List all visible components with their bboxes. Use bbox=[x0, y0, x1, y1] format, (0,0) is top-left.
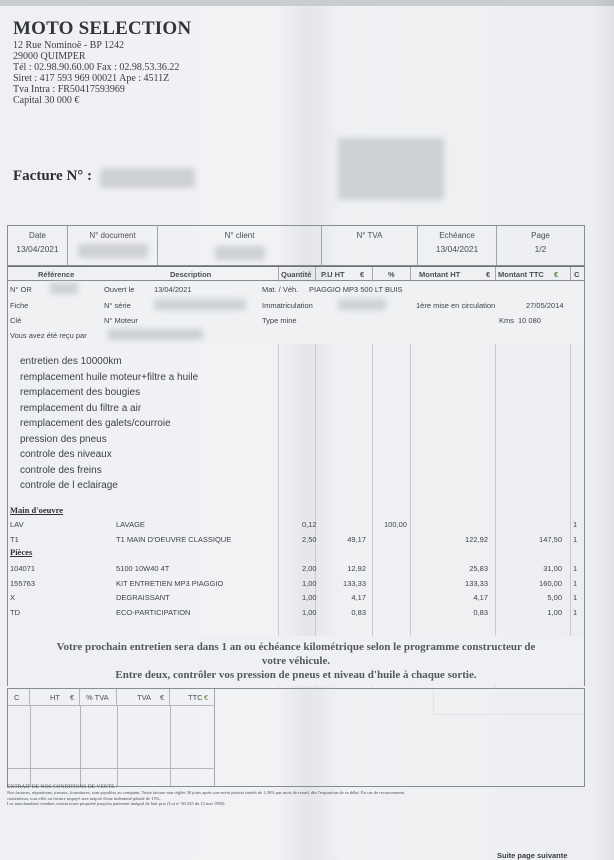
company-address-1: 12 Rue Nominoë - BP 1242 bbox=[13, 40, 191, 51]
serial-label: N° série bbox=[104, 301, 131, 310]
line-item-row: T1 T1 MAIN D'OEUVRE CLASSIQUE 2,50 49,17… bbox=[8, 535, 584, 545]
line-item-row: TD ECO-PARTICIPATION 1,00 0,83 0,83 1,00… bbox=[8, 608, 584, 618]
vat-breakdown-table: C HT € % TVA TVA € TTC € bbox=[8, 689, 215, 786]
client-number-redacted bbox=[215, 246, 265, 260]
company-phone-fax: Tél : 02.98.90.60.00 Fax : 02.98.53.36.2… bbox=[13, 62, 191, 73]
received-by-redacted bbox=[108, 329, 203, 340]
company-tva-intra: Tva Intra : FR50417593969 bbox=[13, 84, 191, 95]
repair-order-info: N° OR Fiche Clé Vous avez été reçu par O… bbox=[8, 282, 584, 344]
invoice-header-table: Date 13/04/2021 N° document N° client N°… bbox=[7, 225, 585, 266]
company-siret: Siret : 417 593 969 00021 Ape : 4511Z bbox=[13, 73, 191, 84]
opened-date: 13/04/2021 bbox=[154, 285, 192, 294]
header-due-date: Echéance 13/04/2021 bbox=[418, 226, 497, 265]
company-address-2: 29000 QUIMPER bbox=[13, 51, 191, 62]
first-circulation-date: 27/05/2014 bbox=[526, 301, 564, 310]
line-item-row: LAV LAVAGE 0,12 100,00 1 bbox=[8, 520, 584, 530]
motor-label: N° Moteur bbox=[104, 316, 138, 325]
operation-item: remplacement huile moteur+filtre a huile bbox=[20, 370, 198, 386]
vehicle-model: PIAGGIO MP3 500 LT BUIS bbox=[309, 285, 403, 294]
scan-right-shade bbox=[594, 0, 614, 860]
labor-section-title: Main d'oeuvre bbox=[10, 505, 63, 515]
operation-item: controle des niveaux bbox=[20, 447, 198, 463]
line-item-row: 104071 5100 10W40 4T 2,00 12,92 25,83 31… bbox=[8, 564, 584, 574]
fiche-label: Fiche bbox=[10, 301, 28, 310]
invoice-date: 13/04/2021 bbox=[8, 244, 67, 254]
scan-top-edge bbox=[0, 0, 614, 6]
company-block: MOTO SELECTION 12 Rue Nominoë - BP 1242 … bbox=[13, 18, 191, 106]
or-label: N° OR bbox=[10, 285, 32, 294]
col-amount-ttc: Montant TTC bbox=[498, 270, 544, 279]
operation-item: remplacement des bougies bbox=[20, 385, 198, 401]
col-amount-ttc-currency: € bbox=[554, 270, 558, 279]
maintenance-note: Votre prochain entretien sera dans 1 an … bbox=[7, 640, 585, 682]
received-by-label: Vous avez été reçu par bbox=[10, 331, 87, 340]
col-amount-ht: Montant HT bbox=[419, 270, 460, 279]
header-page: Page 1/2 bbox=[497, 226, 584, 265]
kms-label: Kms bbox=[499, 316, 514, 325]
operation-item: remplacement du filtre a air bbox=[20, 401, 198, 417]
invoice-page: MOTO SELECTION 12 Rue Nominoë - BP 1242 … bbox=[0, 0, 614, 860]
header-document: N° document bbox=[68, 226, 158, 265]
operations-list: entretien des 10000km remplacement huile… bbox=[20, 354, 198, 494]
parts-section-title: Pièces bbox=[10, 547, 32, 557]
client-address-redacted bbox=[338, 138, 444, 200]
invoice-lines-table: Référence Description Quantité P.U HT € … bbox=[7, 266, 585, 686]
due-date: 13/04/2021 bbox=[418, 244, 496, 254]
header-date: Date 13/04/2021 bbox=[8, 226, 68, 265]
line-item-row: 155763 KIT ENTRETIEN MP3 PIAGGIO 1,00 13… bbox=[8, 579, 584, 589]
serial-redacted bbox=[154, 299, 246, 310]
cle-label: Clé bbox=[10, 316, 21, 325]
opened-label: Ouvert le bbox=[104, 285, 134, 294]
company-name: MOTO SELECTION bbox=[13, 18, 191, 40]
col-c: C bbox=[574, 270, 579, 279]
invoice-title: Facture N° : bbox=[13, 168, 92, 185]
col-amount-ht-currency: € bbox=[486, 270, 490, 279]
type-mine-label: Type mine bbox=[262, 316, 297, 325]
registration-redacted bbox=[338, 299, 386, 310]
column-headers: Référence Description Quantité P.U HT € … bbox=[8, 267, 584, 281]
operation-item: controle des freins bbox=[20, 463, 198, 479]
sales-conditions: EXTRAIT DE NOS CONDITIONS DE VENTE : Nos… bbox=[7, 784, 597, 807]
col-description: Description bbox=[170, 270, 211, 279]
col-unit-price: P.U HT bbox=[321, 270, 345, 279]
kms-value: 10 080 bbox=[518, 316, 541, 325]
vehicle-label: Mat. / Véh. bbox=[262, 285, 298, 294]
operation-item: remplacement des galets/courroie bbox=[20, 416, 198, 432]
document-number-redacted bbox=[78, 244, 148, 258]
registration-label: Immatriculation bbox=[262, 301, 313, 310]
operation-item: controle de l eclairage bbox=[20, 478, 198, 494]
operation-item: entretien des 10000km bbox=[20, 354, 198, 370]
col-quantity: Quantité bbox=[281, 270, 311, 279]
or-number-redacted bbox=[50, 283, 78, 294]
col-reference: Référence bbox=[38, 270, 74, 279]
operation-item: pression des pneus bbox=[20, 432, 198, 448]
col-percent: % bbox=[388, 270, 395, 279]
line-item-row: X DEGRAISSANT 1,00 4,17 4,17 5,00 1 bbox=[8, 593, 584, 603]
invoice-number-redacted bbox=[100, 168, 195, 188]
company-capital: Capital 30 000 € bbox=[13, 95, 191, 106]
page-number: 1/2 bbox=[497, 244, 584, 254]
header-tva: N° TVA bbox=[322, 226, 418, 265]
header-client: N° client bbox=[158, 226, 322, 265]
col-unit-price-currency: € bbox=[360, 270, 364, 279]
first-circulation-label: 1ère mise en circulation bbox=[416, 301, 495, 310]
totals-box: C HT € % TVA TVA € TTC € bbox=[7, 688, 585, 787]
continued-next-page: Suite page suivante bbox=[497, 851, 567, 860]
show-through-box bbox=[433, 689, 584, 715]
